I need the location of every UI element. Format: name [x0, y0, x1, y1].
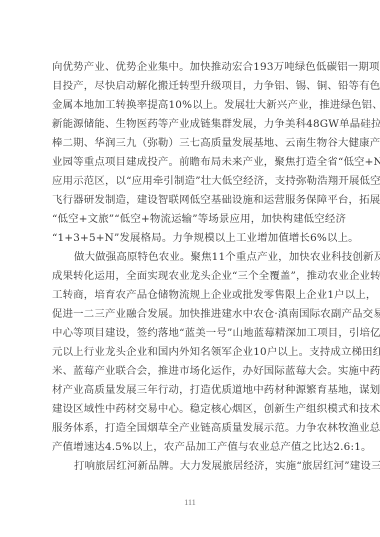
text-line: 向优势产业、优势企业集中。加快推动宏合193万吨绿色低碳铝一期项	[52, 58, 330, 77]
text-line: 飞行器研发制造，建设智联网低空基础设施和运营服务保障平台，拓展	[52, 191, 330, 210]
text-line: 中心等项目建设，签约落地“蓝美一号”山地蓝莓精深加工项目，引培亿	[52, 324, 330, 343]
text-line: 建设区域性中药材交易中心。稳定核心烟区，创新生产组织模式和技术	[52, 400, 330, 419]
text-line: 成果转化运用，全面实现农业龙头企业“三个全覆盖”，推动农业企业转	[52, 267, 330, 286]
text-line: 产值增速达4.5%以上，农产品加工产值与农业总产值之比达2.6:1。	[52, 438, 330, 457]
page-number: 111	[0, 498, 380, 507]
body-text: 向优势产业、优势企业集中。加快推动宏合193万吨绿色低碳铝一期项 目投产，尽快启…	[52, 58, 330, 476]
document-page: 向优势产业、优势企业集中。加快推动宏合193万吨绿色低碳铝一期项 目投产，尽快启…	[0, 0, 380, 537]
text-line: 元以上行业龙头企业和国内外知名领军企业10户以上。支持成立梯田红	[52, 343, 330, 362]
text-line: 目投产，尽快启动解化搬迁转型升级项目，力争铝、锡、铜、铅等有色	[52, 77, 330, 96]
text-line: 棒二期、华润三九（弥勒）三七高质量发展基地、云南生物谷大健康产	[52, 134, 330, 153]
text-line: 新能源储能、生物医药等产业成链集群发展，力争美科48GW单晶硅拉	[52, 115, 330, 134]
text-line: “1+3+5+N”发展格局。力争规模以上工业增加值增长6%以上。	[52, 229, 330, 248]
text-line: “低空+文旅”“低空+物流运输”等场景应用，加快构建低空经济	[52, 210, 330, 229]
text-line: 应用示范区，以“应用牵引制造”壮大低空经济，支持弥勒浩翔开展低空	[52, 172, 330, 191]
text-line: 米、蓝莓产业联合会，推进市场化运作，办好国际蓝莓大会。实施中药	[52, 362, 330, 381]
text-line: 服务体系，打造全国烟草全产业链高质量发展示范。力争农林牧渔业总	[52, 419, 330, 438]
paragraph-start-line: 做大做强高原特色农业。聚焦11个重点产业，加快农业科技创新及	[52, 248, 330, 267]
text-line: 促进一二三产业融合发展。加快推进建水中农仓·滇南国际农副产品交易	[52, 305, 330, 324]
paragraph-start-line: 打响旅居红河新品牌。大力发展旅居经济，实施“旅居红河”建设三	[52, 457, 330, 476]
text-line: 材产业高质量发展三年行动，打造优质道地中药材种源繁育基地，谋划	[52, 381, 330, 400]
text-line: 金属本地加工转换率提高10%以上。发展壮大新兴产业，推进绿色铝、	[52, 96, 330, 115]
text-line: 工转商，培育农产品仓储物流规上企业或批发零售限上企业1户以上，	[52, 286, 330, 305]
text-line: 业园等重点项目建成投产。前瞻布局未来产业，聚焦打造全省“低空+N”	[52, 153, 330, 172]
